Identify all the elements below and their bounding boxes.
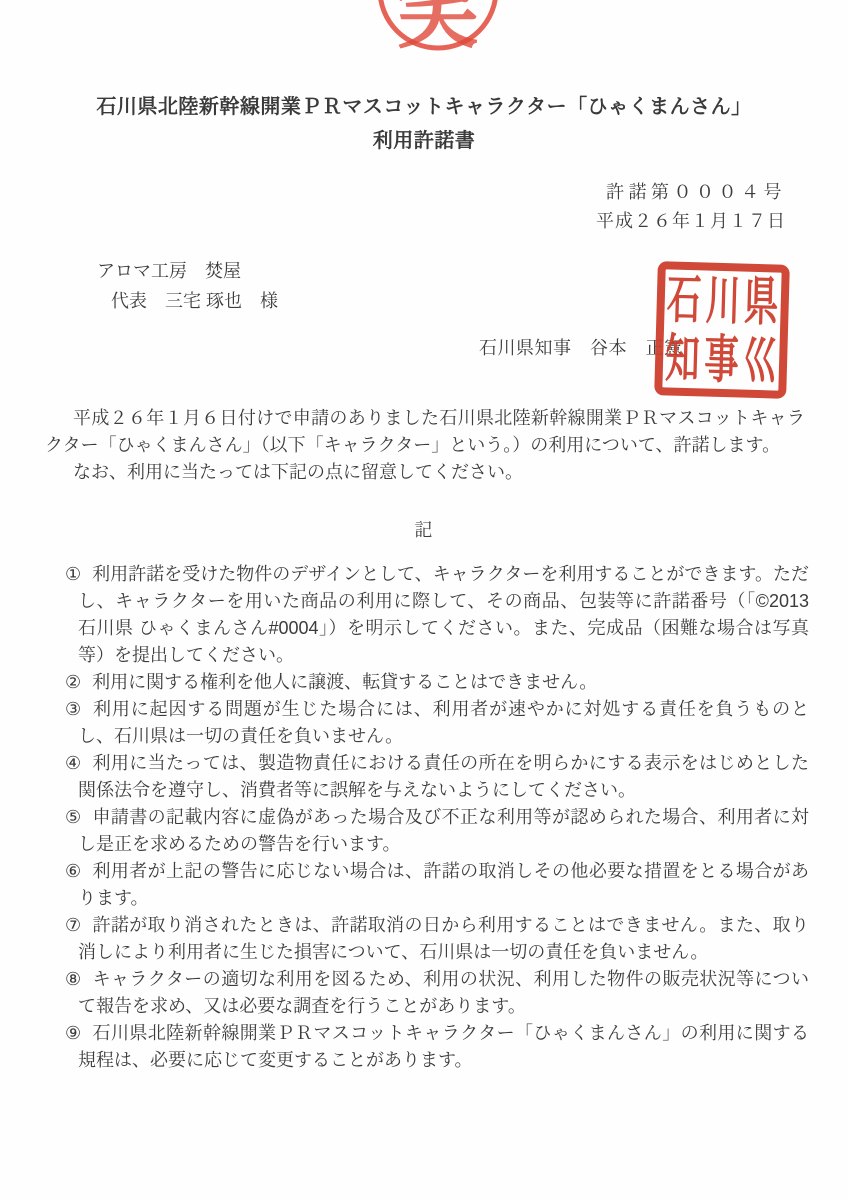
item-number: ③ — [65, 699, 82, 719]
stamp-character: 笑 — [397, 0, 479, 58]
addressee-block: アロマ工房 焚屋 代表 三宅 琢也 様 — [97, 256, 278, 316]
item-number: ⑥ — [65, 861, 82, 881]
item-number: ⑧ — [65, 969, 82, 989]
item-number: ④ — [65, 753, 82, 773]
item-text: 利用者が上記の警告に応じない場合は、許諾の取消しその他必要な措置をとる場合があり… — [78, 861, 809, 908]
item-number: ⑦ — [65, 915, 82, 935]
document-date: 平成２６年１月１７日 — [596, 207, 786, 236]
round-red-stamp-icon: 笑 — [374, 0, 504, 58]
seal-glyph: 事 — [702, 316, 741, 403]
list-item: ②利用に関する権利を他人に譲渡、転貸することはできません。 — [45, 669, 809, 696]
item-text: 利用許諾を受けた物件のデザインとして、キャラクターを利用することができます。ただ… — [78, 564, 809, 665]
item-number: ⑨ — [65, 1023, 82, 1043]
governor-seal-icon: 石 川 県 知 事 巛 — [654, 261, 790, 399]
permission-document-page: 笑 石川県北陸新幹線開業ＰＲマスコットキャラクター「ひゃくまんさん」 利用許諾書… — [0, 0, 848, 1200]
list-item: ⑤申請書の記載内容に虚偽があった場合及び不正な利用等が認められた場合、利用者に対… — [45, 804, 809, 858]
section-marker: 記 — [0, 516, 848, 542]
document-title-line2: 利用許諾書 — [0, 124, 848, 158]
item-number: ② — [65, 672, 81, 692]
list-item: ⑦許諾が取り消されたときは、許諾取消の日から利用することはできません。また、取り… — [45, 912, 809, 966]
list-item: ①利用許諾を受けた物件のデザインとして、キャラクターを利用することができます。た… — [45, 561, 809, 669]
list-item: ④利用に当たっては、製造物責任における責任の所在を明らかにする表示をはじめとした… — [45, 750, 809, 804]
body-paragraph-2: なお、利用に当たっては下記の点に留意してください。 — [45, 459, 805, 486]
item-number: ⑤ — [65, 807, 82, 827]
item-number: ① — [65, 564, 81, 584]
item-text: 許諾が取り消されたときは、許諾取消の日から利用することはできません。また、取り消… — [78, 915, 809, 962]
body-text: 平成２６年１月６日付けで申請のありました石川県北陸新幹線開業ＰＲマスコットキャラ… — [45, 405, 805, 486]
item-text: 石川県北陸新幹線開業ＰＲマスコットキャラクター「ひゃくまんさん」の利用に関する規… — [78, 1023, 809, 1070]
addressee-organization: アロマ工房 焚屋 — [97, 256, 278, 286]
list-item: ⑧キャラクターの適切な利用を図るため、利用の状況、利用した物件の販売状況等につい… — [45, 966, 809, 1020]
seal-glyph: 知 — [663, 315, 702, 402]
addressee-representative: 代表 三宅 琢也 様 — [111, 286, 278, 316]
conditions-list: ①利用許諾を受けた物件のデザインとして、キャラクターを利用することができます。た… — [45, 561, 809, 1074]
document-title-line1: 石川県北陸新幹線開業ＰＲマスコットキャラクター「ひゃくまんさん」 — [0, 90, 848, 124]
issuer-name: 石川県知事 谷本 正憲 — [479, 334, 683, 360]
seal-glyph: 巛 — [740, 317, 779, 404]
item-text: 利用に起因する問題が生じた場合には、利用者が速やかに対処する責任を負うものとし、… — [78, 699, 809, 746]
body-paragraph-1: 平成２６年１月６日付けで申請のありました石川県北陸新幹線開業ＰＲマスコットキャラ… — [45, 405, 805, 459]
item-text: 利用に当たっては、製造物責任における責任の所在を明らかにする表示をはじめとした関… — [78, 753, 809, 800]
list-item: ⑨石川県北陸新幹線開業ＰＲマスコットキャラクター「ひゃくまんさん」の利用に関する… — [45, 1020, 809, 1074]
permit-number: 許諾第０００４号 — [596, 178, 786, 207]
item-text: キャラクターの適切な利用を図るため、利用の状況、利用した物件の販売状況等について… — [78, 969, 809, 1016]
list-item: ③利用に起因する問題が生じた場合には、利用者が速やかに対処する責任を負うものとし… — [45, 696, 809, 750]
item-text: 申請書の記載内容に虚偽があった場合及び不正な利用等が認められた場合、利用者に対し… — [78, 807, 809, 854]
document-title: 石川県北陸新幹線開業ＰＲマスコットキャラクター「ひゃくまんさん」 利用許諾書 — [0, 90, 848, 158]
list-item: ⑥利用者が上記の警告に応じない場合は、許諾の取消しその他必要な措置をとる場合があ… — [45, 858, 809, 912]
item-text: 利用に関する権利を他人に譲渡、転貸することはできません。 — [92, 672, 597, 692]
document-meta: 許諾第０００４号 平成２６年１月１７日 — [596, 178, 786, 236]
